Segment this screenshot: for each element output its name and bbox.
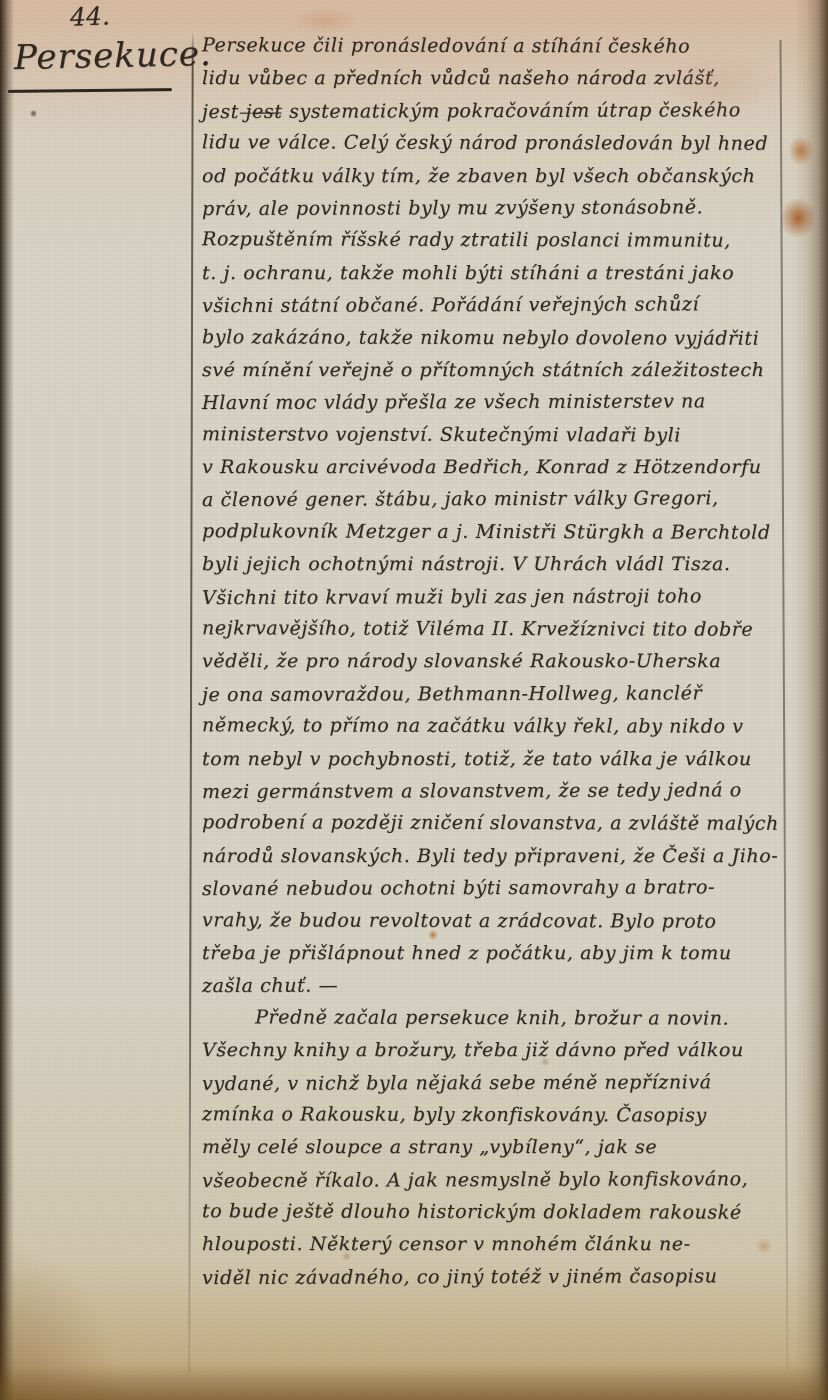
text-line: hlouposti. Některý censor v mnohém článk… (202, 1228, 802, 1260)
text-line: v Rakousku arcivévoda Bedřich, Konrad z … (202, 451, 802, 483)
text-line: měly celé sloupce a strany „vybíleny“, j… (202, 1131, 802, 1163)
text-line: byli jejich ochotnými nástroji. V Uhrách… (202, 548, 802, 580)
manuscript-text-column: Persekuce čili pronásledování a stíhání … (202, 30, 802, 1293)
text-line: jest j̶e̶s̶t̶ systematickým pokračováním… (202, 94, 802, 128)
text-line: od počátku války tím, že zbaven byl všec… (202, 160, 802, 192)
text-line: všeobecně říkalo. A jak nesmyslně bylo k… (202, 1163, 802, 1197)
text-line: práv, ale povinnosti byly mu zvýšeny sto… (202, 191, 802, 225)
text-line: podplukovník Metzger a j. Ministři Stürg… (202, 515, 802, 549)
text-line: mezi germánstvem a slovanstvem, že se te… (202, 774, 802, 808)
text-line: a členové gener. štábu, jako ministr vál… (202, 482, 802, 516)
text-line: vrahy, že budou revoltovat a zrádcovat. … (202, 904, 802, 938)
text-line: t. j. ochranu, takže mohli býti stíháni … (202, 257, 802, 289)
text-line: národů slovanských. Byli tedy připraveni… (202, 840, 802, 872)
text-line: podrobení a později zničení slovanstva, … (202, 807, 802, 841)
text-line: viděl nic závadného, co jiný totéž v jin… (202, 1260, 802, 1294)
text-line: Všechny knihy a brožury, třeba již dávno… (202, 1034, 802, 1066)
text-line: lidu ve válce. Celý český národ pronásle… (202, 126, 802, 160)
margin-rule-left (188, 32, 194, 1372)
text-line: své mínění veřejně o přítomných státních… (202, 354, 802, 386)
text-line: německý, to přímo na začátku války řekl,… (202, 709, 802, 743)
text-line: zašla chuť. — (202, 968, 802, 1002)
text-line: Hlavní moc vlády přešla ze všech ministe… (202, 385, 802, 419)
text-line: ministerstvo vojenství. Skutečnými vlada… (202, 418, 802, 452)
text-line: zmínka o Rakousku, byly zkonfiskovány. Č… (202, 1098, 802, 1132)
page-number: 44. (70, 1, 111, 31)
text-line: Persekuce čili pronásledování a stíhání … (202, 29, 802, 63)
text-line: Rozpuštěním říšské rady ztratili poslanc… (202, 224, 802, 258)
text-line: tom nebyl v pochybnosti, totiž, že tato … (202, 743, 802, 775)
text-line: slované nebudou ochotni býti samovrahy a… (202, 871, 802, 905)
text-line: Všichni tito krvaví muži byli zas jen ná… (202, 580, 802, 614)
manuscript-page-scan: 44. Persekuce. Persekuce čili pronásledo… (0, 0, 828, 1400)
margin-heading-underline (8, 88, 172, 92)
margin-heading: Persekuce. (14, 34, 213, 78)
text-line: vydané, v nichž byla nějaká sebe méně ne… (202, 1065, 802, 1099)
page-edge-bottom (0, 1366, 828, 1400)
text-line: všichni státní občané. Pořádání veřejnýc… (202, 288, 802, 322)
text-line: lidu vůbec a předních vůdců našeho národ… (202, 62, 802, 94)
text-line: bylo zakázáno, takže nikomu nebylo dovol… (202, 321, 802, 355)
foxing-stain (30, 110, 37, 117)
text-line: nejkrvavějšího, totiž Viléma II. Krvežíz… (202, 612, 802, 646)
text-line: je ona samovraždou, Bethmann-Hollweg, ka… (202, 677, 802, 711)
text-line: třeba je přišlápnout hned z počátku, aby… (202, 937, 802, 969)
page-edge-left (0, 0, 14, 1400)
page-corner-stain (0, 1240, 120, 1400)
text-line: to bude ještě dlouho historickým doklade… (202, 1195, 802, 1229)
text-line: Předně začala persekuce knih, brožur a n… (202, 1001, 802, 1035)
text-line: věděli, že pro národy slovanské Rakousko… (202, 645, 802, 677)
